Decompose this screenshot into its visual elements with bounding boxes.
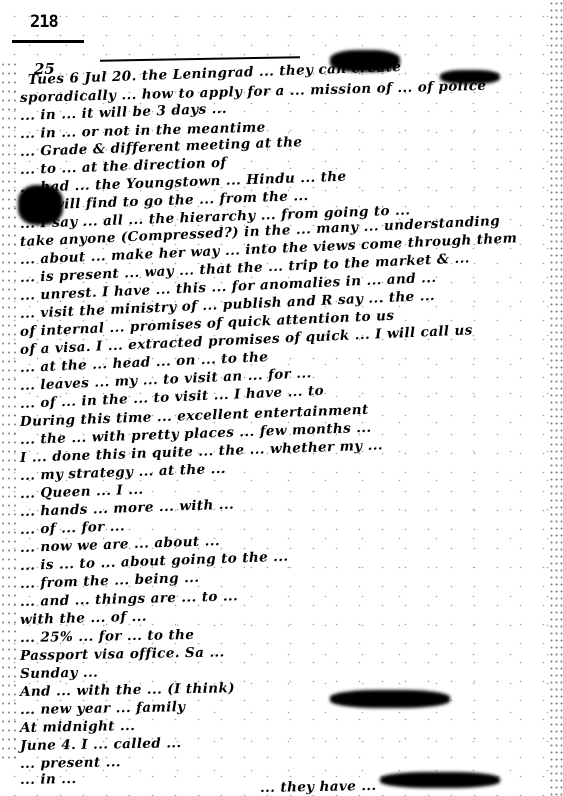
text-line: Sunday ...	[20, 665, 98, 682]
manuscript-page: 218 25 Tues 6 Jul 20. the Leningrad ... …	[0, 0, 563, 796]
text-line: ...	[20, 788, 36, 796]
text-line: with the ... of ...	[20, 609, 147, 628]
ink-smudge	[380, 772, 500, 788]
text-line: ... in ...	[20, 771, 77, 788]
text-line: ... present ...	[20, 754, 121, 772]
scan-edge-right	[549, 0, 563, 796]
text-line: At midnight ...	[20, 718, 136, 736]
page-number-underline	[12, 40, 84, 43]
page-number: 218	[30, 12, 58, 32]
text-line: ... new year ... family	[20, 699, 186, 718]
text-line: ... they have ...	[260, 778, 377, 796]
text-line: June 4. I ... called ...	[20, 735, 182, 754]
scan-edge-left	[0, 60, 18, 760]
text-line: ... 25% ... for ... to the	[20, 627, 195, 646]
ink-smudge	[330, 690, 450, 708]
